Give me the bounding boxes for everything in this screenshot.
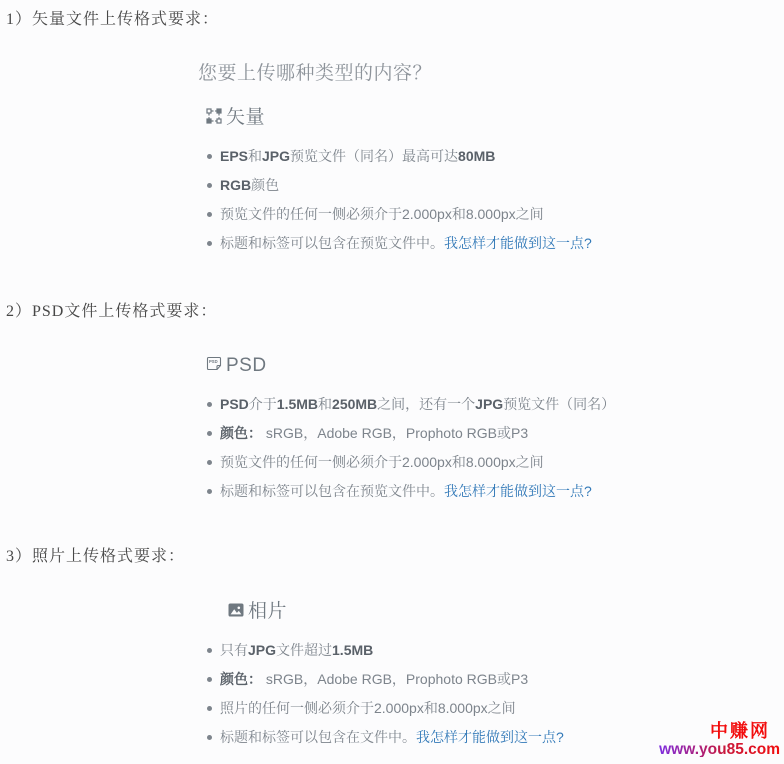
photo-card-title: 相片	[248, 600, 287, 624]
bullet-text: JPG	[248, 642, 276, 658]
bullet-text: 颜色：	[220, 425, 262, 441]
photo-card: 相片 只有JPG文件超过1.5MB颜色： sRGB，Adobe RGB，Prop…	[206, 600, 646, 759]
psd-file-icon: PSD	[206, 356, 222, 372]
bullet-text: EPS	[220, 148, 248, 164]
bullet-text: 之间，还有一个	[377, 396, 475, 412]
bullet-text: sRGB，Adobe RGB，Prophoto RGB或P3	[262, 425, 528, 441]
bullet-text: JPG	[475, 396, 503, 412]
photo-card-title-row: 相片	[228, 600, 646, 626]
section-3-heading: 3）照片上传格式要求：	[6, 543, 185, 566]
how-to-link[interactable]: 我怎样才能做到这一点?	[444, 483, 592, 499]
bullet-item: 颜色： sRGB，Adobe RGB，Prophoto RGB或P3	[206, 426, 646, 441]
bullet-text: 和	[248, 148, 262, 164]
psd-bullet-list: PSD介于1.5MB和250MB之间，还有一个JPG预览文件（同名）颜色： sR…	[206, 397, 646, 499]
vector-bullet-list: EPS和JPG预览文件（同名）最高可达80MBRGB颜色预览文件的任何一侧必须介…	[206, 149, 646, 251]
svg-text:PSD: PSD	[209, 359, 218, 364]
section-1-heading: 1）矢量文件上传格式要求：	[6, 6, 219, 29]
psd-card-title: PSD	[226, 354, 267, 378]
bullet-item: EPS和JPG预览文件（同名）最高可达80MB	[206, 149, 646, 164]
bullet-item: RGB颜色	[206, 178, 646, 193]
how-to-link[interactable]: 我怎样才能做到这一点?	[416, 729, 564, 745]
bullet-text: 标题和标签可以包含在预览文件中。	[220, 235, 444, 251]
bullet-text: 颜色：	[220, 671, 262, 687]
bullet-item: 颜色： sRGB，Adobe RGB，Prophoto RGB或P3	[206, 672, 646, 687]
bullet-text: sRGB，Adobe RGB，Prophoto RGB或P3	[262, 671, 528, 687]
bullet-item: 标题和标签可以包含在文件中。我怎样才能做到这一点?	[206, 730, 646, 745]
photo-image-icon	[228, 602, 244, 618]
bullet-text: 1.5MB	[277, 396, 318, 412]
bullet-item: 预览文件的任何一侧必须介于2.000px和8.000px之间	[206, 207, 646, 222]
bullet-item: 标题和标签可以包含在预览文件中。我怎样才能做到这一点?	[206, 484, 646, 499]
vector-card-title: 矢量	[226, 106, 265, 130]
section-2-heading: 2）PSD文件上传格式要求：	[6, 298, 217, 321]
bullet-text: PSD	[220, 396, 249, 412]
bullet-item: 照片的任何一侧必须介于2.000px和8.000px之间	[206, 701, 646, 716]
vector-card-title-row: 矢量	[206, 106, 646, 132]
bullet-text: 预览文件（同名）	[503, 396, 615, 412]
photo-bullet-list: 只有JPG文件超过1.5MB颜色： sRGB，Adobe RGB，Prophot…	[206, 643, 646, 745]
bullet-text: 预览文件的任何一侧必须介于2.000px和8.000px之间	[220, 206, 544, 222]
how-to-link[interactable]: 我怎样才能做到这一点?	[444, 235, 592, 251]
bullet-text: 介于	[249, 396, 277, 412]
bullet-item: 只有JPG文件超过1.5MB	[206, 643, 646, 658]
bullet-text: 预览文件的任何一侧必须介于2.000px和8.000px之间	[220, 454, 544, 470]
vector-nodes-icon	[206, 108, 222, 124]
bullet-text: 80MB	[458, 148, 495, 164]
bullet-text: 标题和标签可以包含在预览文件中。	[220, 483, 444, 499]
bullet-text: 文件超过	[276, 642, 332, 658]
vector-card: 矢量 EPS和JPG预览文件（同名）最高可达80MBRGB颜色预览文件的任何一侧…	[206, 106, 646, 265]
bullet-text: 预览文件（同名）最高可达	[290, 148, 458, 164]
bullet-text: 250MB	[332, 396, 377, 412]
watermark-site-name: 中赚网	[659, 722, 770, 740]
bullet-text: 颜色	[251, 177, 279, 193]
bullet-text: JPG	[262, 148, 290, 164]
bullet-text: 1.5MB	[332, 642, 373, 658]
psd-card-title-row: PSD PSD	[206, 354, 646, 380]
bullet-text: 标题和标签可以包含在文件中。	[220, 729, 416, 745]
bullet-text: 只有	[220, 642, 248, 658]
watermark-url: www.you85.com	[659, 742, 780, 758]
bullet-text: RGB	[220, 177, 251, 193]
bullet-text: 照片的任何一侧必须介于2.000px和8.000px之间	[220, 700, 516, 716]
bullet-item: PSD介于1.5MB和250MB之间，还有一个JPG预览文件（同名）	[206, 397, 646, 412]
psd-card: PSD PSD PSD介于1.5MB和250MB之间，还有一个JPG预览文件（同…	[206, 354, 646, 513]
bullet-item: 预览文件的任何一侧必须介于2.000px和8.000px之间	[206, 455, 646, 470]
bullet-item: 标题和标签可以包含在预览文件中。我怎样才能做到这一点?	[206, 236, 646, 251]
bullet-text: 和	[318, 396, 332, 412]
watermark: 中赚网 www.you85.com	[659, 722, 780, 758]
upload-type-question: 您要上传哪种类型的内容？	[198, 58, 432, 85]
